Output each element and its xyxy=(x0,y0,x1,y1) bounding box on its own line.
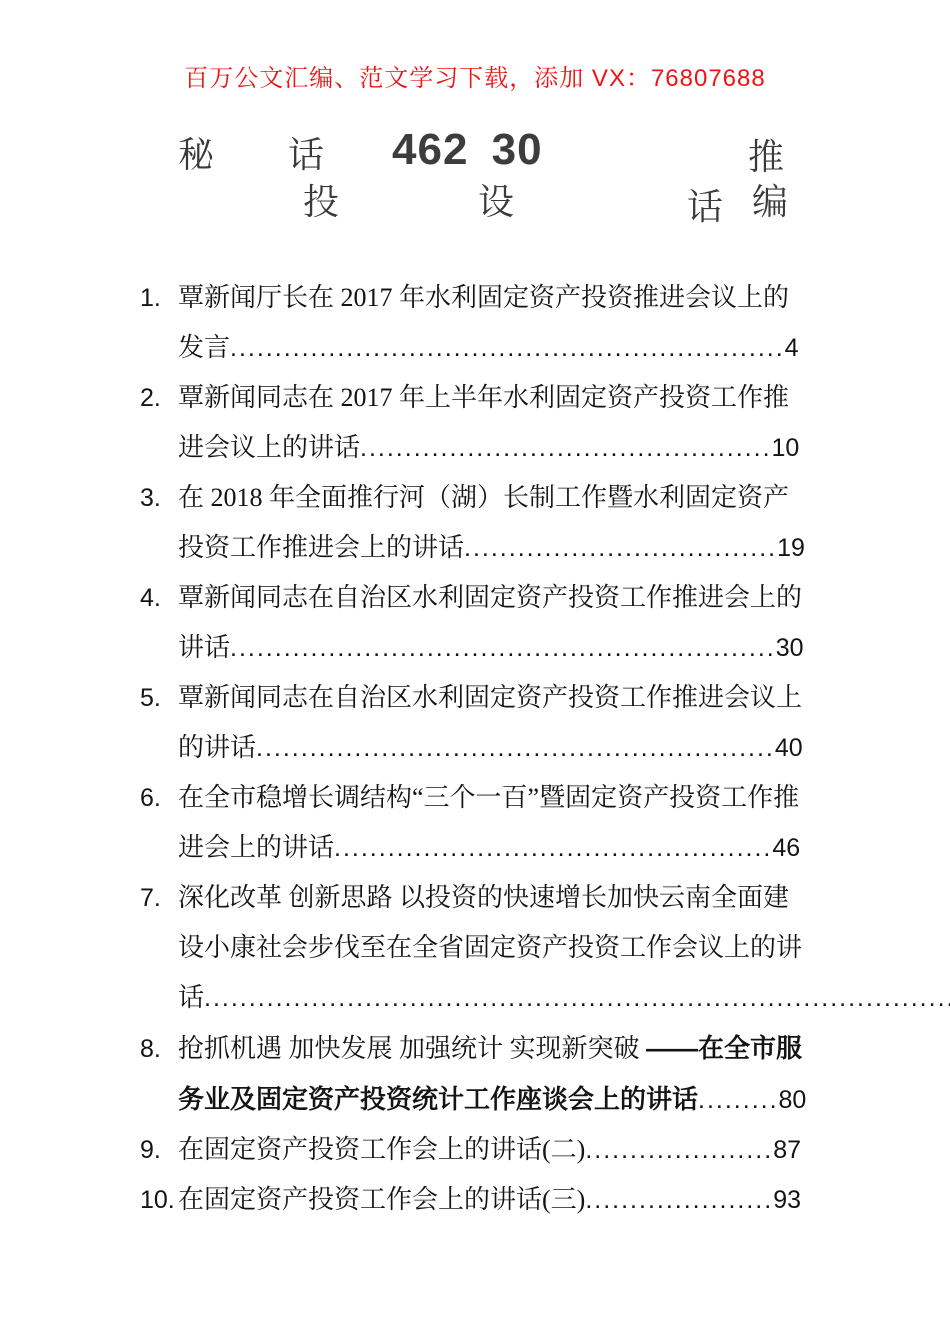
toc-entry-number: 6. xyxy=(140,773,178,823)
toc-page-number: 30 xyxy=(776,634,804,662)
toc-page-number: 80 xyxy=(779,1086,807,1114)
toc-entry-number: 3. xyxy=(140,473,178,523)
toc-entry-number: 9. xyxy=(140,1125,178,1175)
toc-page-number: 87 xyxy=(773,1136,801,1164)
toc-page-number: 19 xyxy=(777,534,805,562)
toc-entry-title: 抢抓机遇 加快发展 加强统计 实现新突破 xyxy=(178,1034,646,1063)
toc-entry[interactable]: 2.覃新闻同志在 2017 年上半年水利固定资产投资工作推进会议上的讲话....… xyxy=(140,373,807,473)
toc-entry-number: 10. xyxy=(140,1175,178,1225)
toc-entry[interactable]: 9.在固定资产投资工作会上的讲话(二).....................… xyxy=(140,1125,807,1175)
toc-leader-dots: ................................... xyxy=(464,534,777,562)
title-glyph: 编 xyxy=(752,184,788,220)
toc-list: 1.覃新闻厅长在 2017 年水利固定资产投资推进会议上的发言.........… xyxy=(140,273,807,1225)
toc-leader-dots: ..................... xyxy=(585,1186,773,1214)
toc-leader-dots: ........................................… xyxy=(204,984,950,1012)
toc-leader-dots: ........................................… xyxy=(230,634,776,662)
toc-entry[interactable]: 7.深化改革 创新思路 以投资的快速增长加快云南全面建设小康社会步伐至在全省固定… xyxy=(140,873,807,1023)
toc-entry-number: 2. xyxy=(140,373,178,423)
toc-page-number: 10 xyxy=(772,434,800,462)
toc-entry-title: 在固定资产投资工作会上的讲话(三) xyxy=(178,1185,585,1214)
toc-entry-number: 1. xyxy=(140,273,178,323)
toc-leader-dots: ........................................… xyxy=(334,834,772,862)
toc-page-number: 93 xyxy=(773,1186,801,1214)
toc-leader-dots: ........................................… xyxy=(256,734,775,762)
toc-entry-number: 7. xyxy=(140,873,178,923)
toc-page-number: 4 xyxy=(785,334,799,362)
title-glyph: 秘 xyxy=(178,137,214,173)
toc-leader-dots: ..................... xyxy=(585,1136,773,1164)
toc-leader-dots: ......... xyxy=(698,1086,779,1114)
toc-entry[interactable]: 10.在固定资产投资工作会上的讲话(三)....................… xyxy=(140,1175,807,1225)
document-page: 百万公文汇编、范文学习下载，添加 VX：76807688 秘 话 462 30 … xyxy=(0,0,950,1344)
document-title: 秘 话 462 30 推 投 设 话 编 xyxy=(0,0,950,240)
toc-entry[interactable]: 8.抢抓机遇 加快发展 加强统计 实现新突破 ——在全市服务业及固定资产投资统计… xyxy=(140,1023,807,1125)
toc-entry-number: 5. xyxy=(140,673,178,723)
toc-entry-number: 8. xyxy=(140,1024,178,1074)
toc-leader-dots: ........................................… xyxy=(230,334,785,362)
title-glyph: 话 xyxy=(687,189,723,225)
toc-entry[interactable]: 1.覃新闻厅长在 2017 年水利固定资产投资推进会议上的发言.........… xyxy=(140,273,807,373)
title-glyph: 话 xyxy=(288,137,324,173)
toc-page-number: 46 xyxy=(772,834,800,862)
toc-leader-dots: ........................................… xyxy=(360,434,772,462)
toc-page-number: 40 xyxy=(775,734,803,762)
title-glyph: 投 xyxy=(303,184,339,220)
title-glyph: 设 xyxy=(478,184,514,220)
toc-entry[interactable]: 4.覃新闻同志在自治区水利固定资产投资工作推进会上的讲话............… xyxy=(140,573,807,673)
title-glyph: 推 xyxy=(748,139,784,175)
toc-entry-number: 4. xyxy=(140,573,178,623)
toc-entry-title: 在固定资产投资工作会上的讲话(二) xyxy=(178,1135,585,1164)
toc-entry[interactable]: 5.覃新闻同志在自治区水利固定资产投资工作推进会议上的讲话...........… xyxy=(140,673,807,773)
toc-entry[interactable]: 6.在全市稳增长调结构“三个一百”暨固定资产投资工作推进会上的讲话.......… xyxy=(140,773,807,873)
toc-entry[interactable]: 3.在 2018 年全面推行河（湖）长制工作暨水利固定资产投资工作推进会上的讲话… xyxy=(140,473,807,573)
title-numbers: 462 30 xyxy=(392,128,543,172)
